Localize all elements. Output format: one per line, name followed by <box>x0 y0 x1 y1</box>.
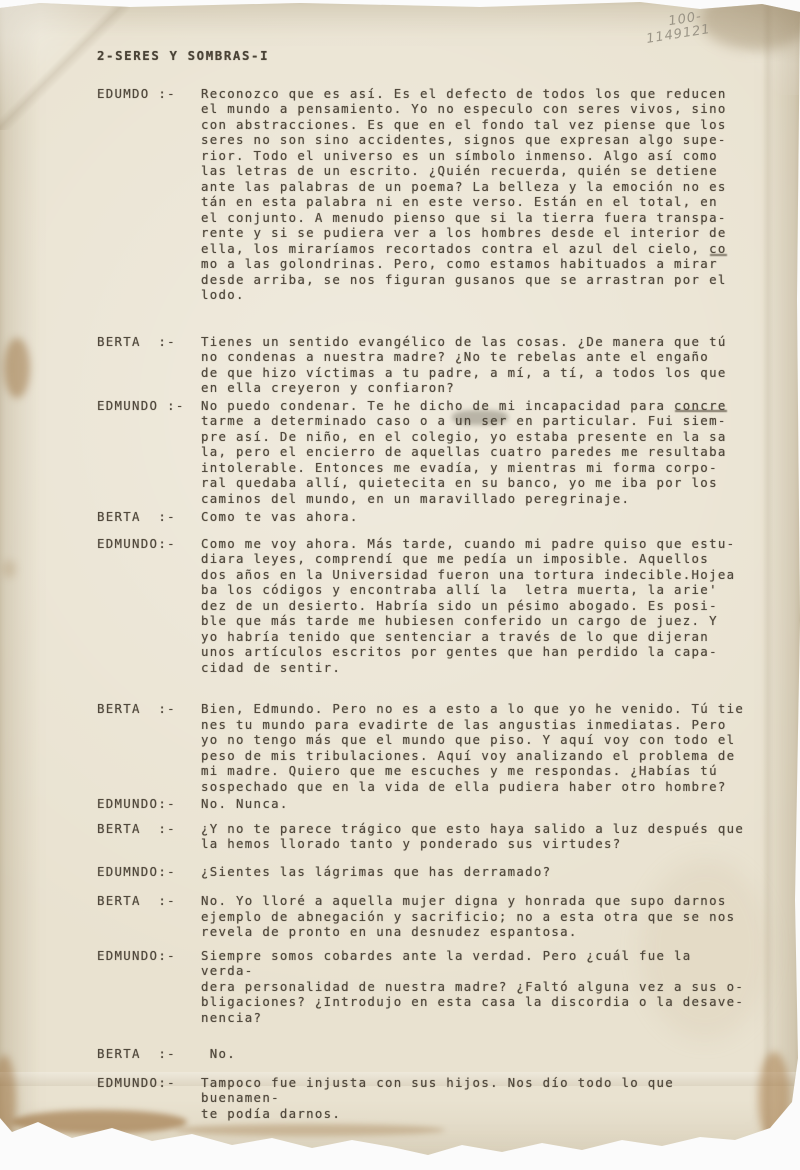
speaker-label: BERTA :- <box>97 701 201 717</box>
dialogue-text: Bien, Edmundo. Pero no es a esto a lo qu… <box>201 701 748 794</box>
dialogue-text: Tienes un sentido evangélico de las cosa… <box>201 334 748 396</box>
stain-bottom-center-streak <box>175 1124 445 1136</box>
dialogue-row: EDMUNDO:- Como me voy ahora. Más tarde, … <box>97 536 748 676</box>
dialogue-row: EDUMDO :- Reconozco que es así. Es el de… <box>97 86 748 303</box>
dialogue-row: EDMUNDO:- Tampoco fue injusta con sus hi… <box>97 1075 748 1122</box>
dialogue-row: EDMUNDO :- No puedo condenar. Te he dich… <box>97 398 748 507</box>
speaker-label: EDUMDO :- <box>97 86 201 102</box>
dialogue-text: ¿Y no te parece trágico que esto haya sa… <box>201 821 748 852</box>
speaker-label: BERTA :- <box>97 509 201 525</box>
dialogue-row: EDUMNDO:- ¿Sientes las lágrimas que has … <box>97 864 748 880</box>
dialogue-list: EDUMDO :- Reconozco que es así. Es el de… <box>97 86 748 1122</box>
dialogue-row: BERTA :- No. Yo lloré a aquella mujer di… <box>97 893 748 940</box>
speaker-label: EDMUNDO :- <box>97 398 201 414</box>
dialogue-row: EDMUNDO:- Siempre somos cobardes ante la… <box>97 948 748 1026</box>
speaker-label: BERTA :- <box>97 334 201 350</box>
dialogue-row: BERTA :- ¿Y no te parece trágico que est… <box>97 821 748 852</box>
dialogue-text: No. Nunca. <box>201 796 748 812</box>
speaker-label: EDMUNDO:- <box>97 948 201 964</box>
dialogue-text: Tampoco fue injusta con sus hijos. Nos d… <box>201 1075 748 1122</box>
dialogue-row: BERTA :- No. <box>97 1046 748 1062</box>
speaker-label: EDMUNDO:- <box>97 1075 201 1091</box>
speaker-label: BERTA :- <box>97 821 201 837</box>
dialogue-text: Reconozco que es así. Es el defecto de t… <box>201 86 748 303</box>
typed-underline-concre <box>675 410 727 412</box>
dialogue-row: BERTA :- Bien, Edmundo. Pero no es a est… <box>97 701 748 794</box>
speaker-label: EDMUNDO:- <box>97 796 201 812</box>
dialogue-text: Como me voy ahora. Más tarde, cuando mi … <box>201 536 748 676</box>
dialogue-row: BERTA :- Tienes un sentido evangélico de… <box>97 334 748 396</box>
dialogue-text: No. <box>201 1046 748 1062</box>
ink-smudge-overstrike <box>452 410 508 425</box>
typed-page-content: 2-SERES Y SOMBRAS-I EDUMDO :- Reconozco … <box>0 0 800 1121</box>
dialogue-text: Siempre somos cobardes ante la verdad. P… <box>201 948 748 1026</box>
typed-underline-co <box>710 254 727 256</box>
dialogue-text: No. Yo lloré a aquella mujer digna y hon… <box>201 893 748 940</box>
speaker-label: EDMUNDO:- <box>97 536 201 552</box>
dialogue-text: ¿Sientes las lágrimas que has derramado? <box>201 864 748 880</box>
scanned-paper-sheet: 100- 1149121 2-SERES Y SOMBRAS-I EDUMDO … <box>0 0 800 1170</box>
dialogue-text: Como te vas ahora. <box>201 509 748 525</box>
speaker-label: BERTA :- <box>97 1046 201 1062</box>
dialogue-row: EDMUNDO:- No. Nunca. <box>97 796 748 812</box>
speaker-label: BERTA :- <box>97 893 201 909</box>
speaker-label: EDUMNDO:- <box>97 864 201 880</box>
dialogue-row: BERTA :- Como te vas ahora. <box>97 509 748 525</box>
page-title: 2-SERES Y SOMBRAS-I <box>97 48 748 64</box>
